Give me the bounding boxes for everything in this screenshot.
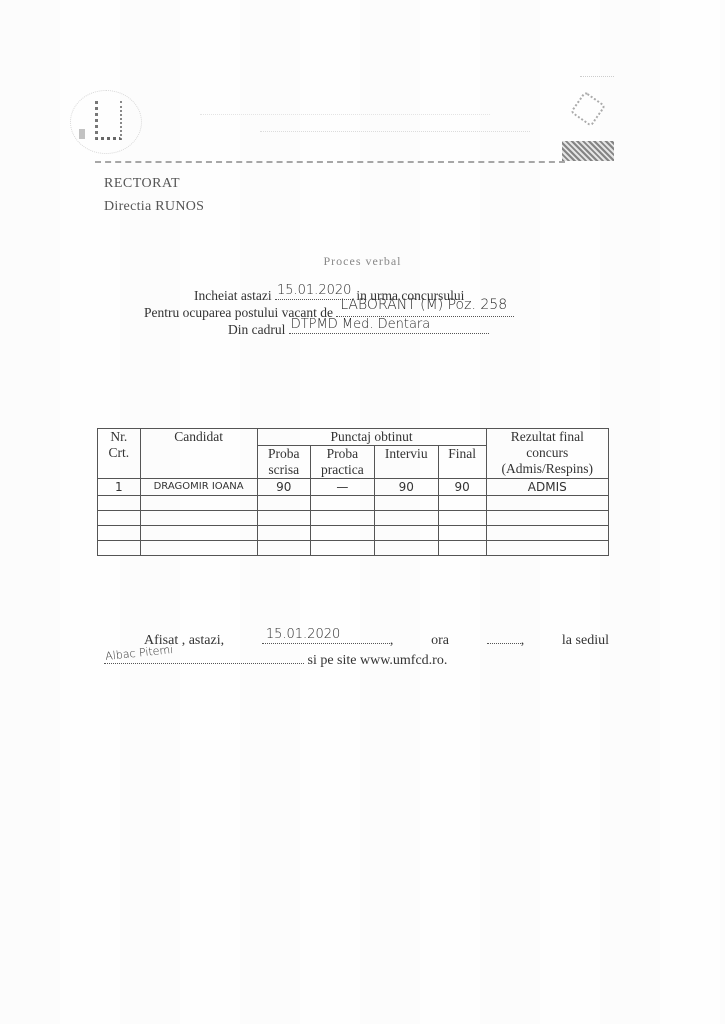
results-table: Nr. Crt. Candidat Punctaj obtinut Rezult…: [97, 428, 609, 556]
cadrul-line: Din cadrul DTPMD Med. Dentara: [228, 321, 489, 338]
empty-cell: [438, 496, 486, 511]
university-crest-icon: [70, 90, 142, 154]
empty-cell: [374, 511, 438, 526]
cell-candidat: DRAGOMIR IOANA: [140, 479, 257, 496]
department-line: Directia RUNOS: [104, 199, 204, 215]
letterhead-divider: [95, 161, 565, 163]
cell-proba-practica: —: [310, 479, 374, 496]
incheiat-date-value: 15.01.2020: [277, 283, 351, 298]
empty-cell: [486, 526, 608, 541]
empty-cell: [140, 541, 257, 556]
afisat-row-2: Albac Pitemi si pe site www.umfcd.ro.: [104, 651, 609, 669]
institution-line: RECTORAT: [104, 176, 180, 192]
empty-cell: [257, 496, 310, 511]
post-value: LABORANT (M) Poz. 258: [340, 297, 507, 313]
post-field: LABORANT (M) Poz. 258: [336, 304, 514, 317]
empty-cell: [310, 541, 374, 556]
empty-cell: [140, 526, 257, 541]
afisat-row-1: Afisat , astazi, 15.01.2020 , ora , la s…: [104, 631, 609, 649]
table-row: 1 DRAGOMIR IOANA 90 — 90 90 ADMIS: [98, 479, 609, 496]
empty-cell: [374, 496, 438, 511]
empty-cell: [438, 511, 486, 526]
cell-proba-scrisa: 90: [257, 479, 310, 496]
afisat-date-value: 15.01.2020: [266, 627, 340, 642]
afisat-block: Afisat , astazi, 15.01.2020 , ora , la s…: [104, 631, 609, 669]
empty-cell: [486, 496, 608, 511]
crest-detail: [79, 129, 85, 139]
empty-cell: [310, 511, 374, 526]
emblem-shape: [570, 91, 606, 127]
empty-cell: [98, 511, 141, 526]
letterhead-line-1: [200, 108, 490, 115]
empty-cell: [257, 541, 310, 556]
header-rezultat-final: Rezultat final concurs (Admis/Respins): [486, 429, 608, 479]
empty-rows: [98, 496, 609, 556]
header-nr-crt: Nr. Crt.: [98, 429, 141, 479]
empty-cell: [310, 496, 374, 511]
cell-nr: 1: [98, 479, 141, 496]
table-row-empty: [98, 541, 609, 556]
empty-cell: [257, 511, 310, 526]
sediul-field: Albac Pitemi: [104, 651, 304, 664]
empty-cell: [310, 526, 374, 541]
empty-cell: [98, 541, 141, 556]
cell-rezultat: ADMIS: [486, 479, 608, 496]
header-interviu: Interviu: [374, 446, 438, 479]
faded-letterhead-text: [200, 108, 530, 138]
ora-field: ,: [487, 631, 525, 649]
afisat-date-field: 15.01.2020 ,: [262, 631, 394, 649]
crest-mark: [95, 101, 122, 140]
hospital-emblem-icon: [575, 96, 605, 124]
letterhead-line-2: [260, 125, 530, 132]
letterhead-top-right-mark: [580, 76, 614, 81]
table-row-empty: [98, 496, 609, 511]
cadrul-field: DTPMD Med. Dentara: [289, 321, 489, 334]
header-punctaj-obtinut: Punctaj obtinut: [257, 429, 486, 446]
empty-cell: [257, 526, 310, 541]
header-proba-scrisa: Proba scrisa: [257, 446, 310, 479]
header-proba-practica: Proba practica: [310, 446, 374, 479]
table-header-row: Nr. Crt. Candidat Punctaj obtinut Rezult…: [98, 429, 609, 446]
stamp-icon: [562, 141, 614, 161]
ora-dots: [487, 631, 521, 644]
cadrul-value: DTPMD Med. Dentara: [291, 317, 431, 332]
empty-cell: [486, 541, 608, 556]
empty-cell: [140, 496, 257, 511]
empty-cell: [98, 496, 141, 511]
cadrul-label: Din cadrul: [228, 322, 285, 337]
empty-cell: [374, 526, 438, 541]
table-row-empty: [98, 511, 609, 526]
site-text: si pe site www.umfcd.ro.: [308, 653, 448, 668]
empty-cell: [140, 511, 257, 526]
cell-interviu: 90: [374, 479, 438, 496]
table-row-empty: [98, 526, 609, 541]
header-candidat: Candidat: [140, 429, 257, 479]
la-sediul-label: la sediul: [562, 633, 609, 649]
cell-final: 90: [438, 479, 486, 496]
afisat-date-dots: 15.01.2020: [262, 631, 390, 644]
incheiat-label: Incheiat astazi: [194, 288, 272, 303]
ora-label: ora: [431, 633, 449, 649]
header-final: Final: [438, 446, 486, 479]
empty-cell: [486, 511, 608, 526]
empty-cell: [374, 541, 438, 556]
empty-cell: [98, 526, 141, 541]
document-title: Proces verbal: [0, 254, 725, 269]
empty-cell: [438, 526, 486, 541]
empty-cell: [438, 541, 486, 556]
